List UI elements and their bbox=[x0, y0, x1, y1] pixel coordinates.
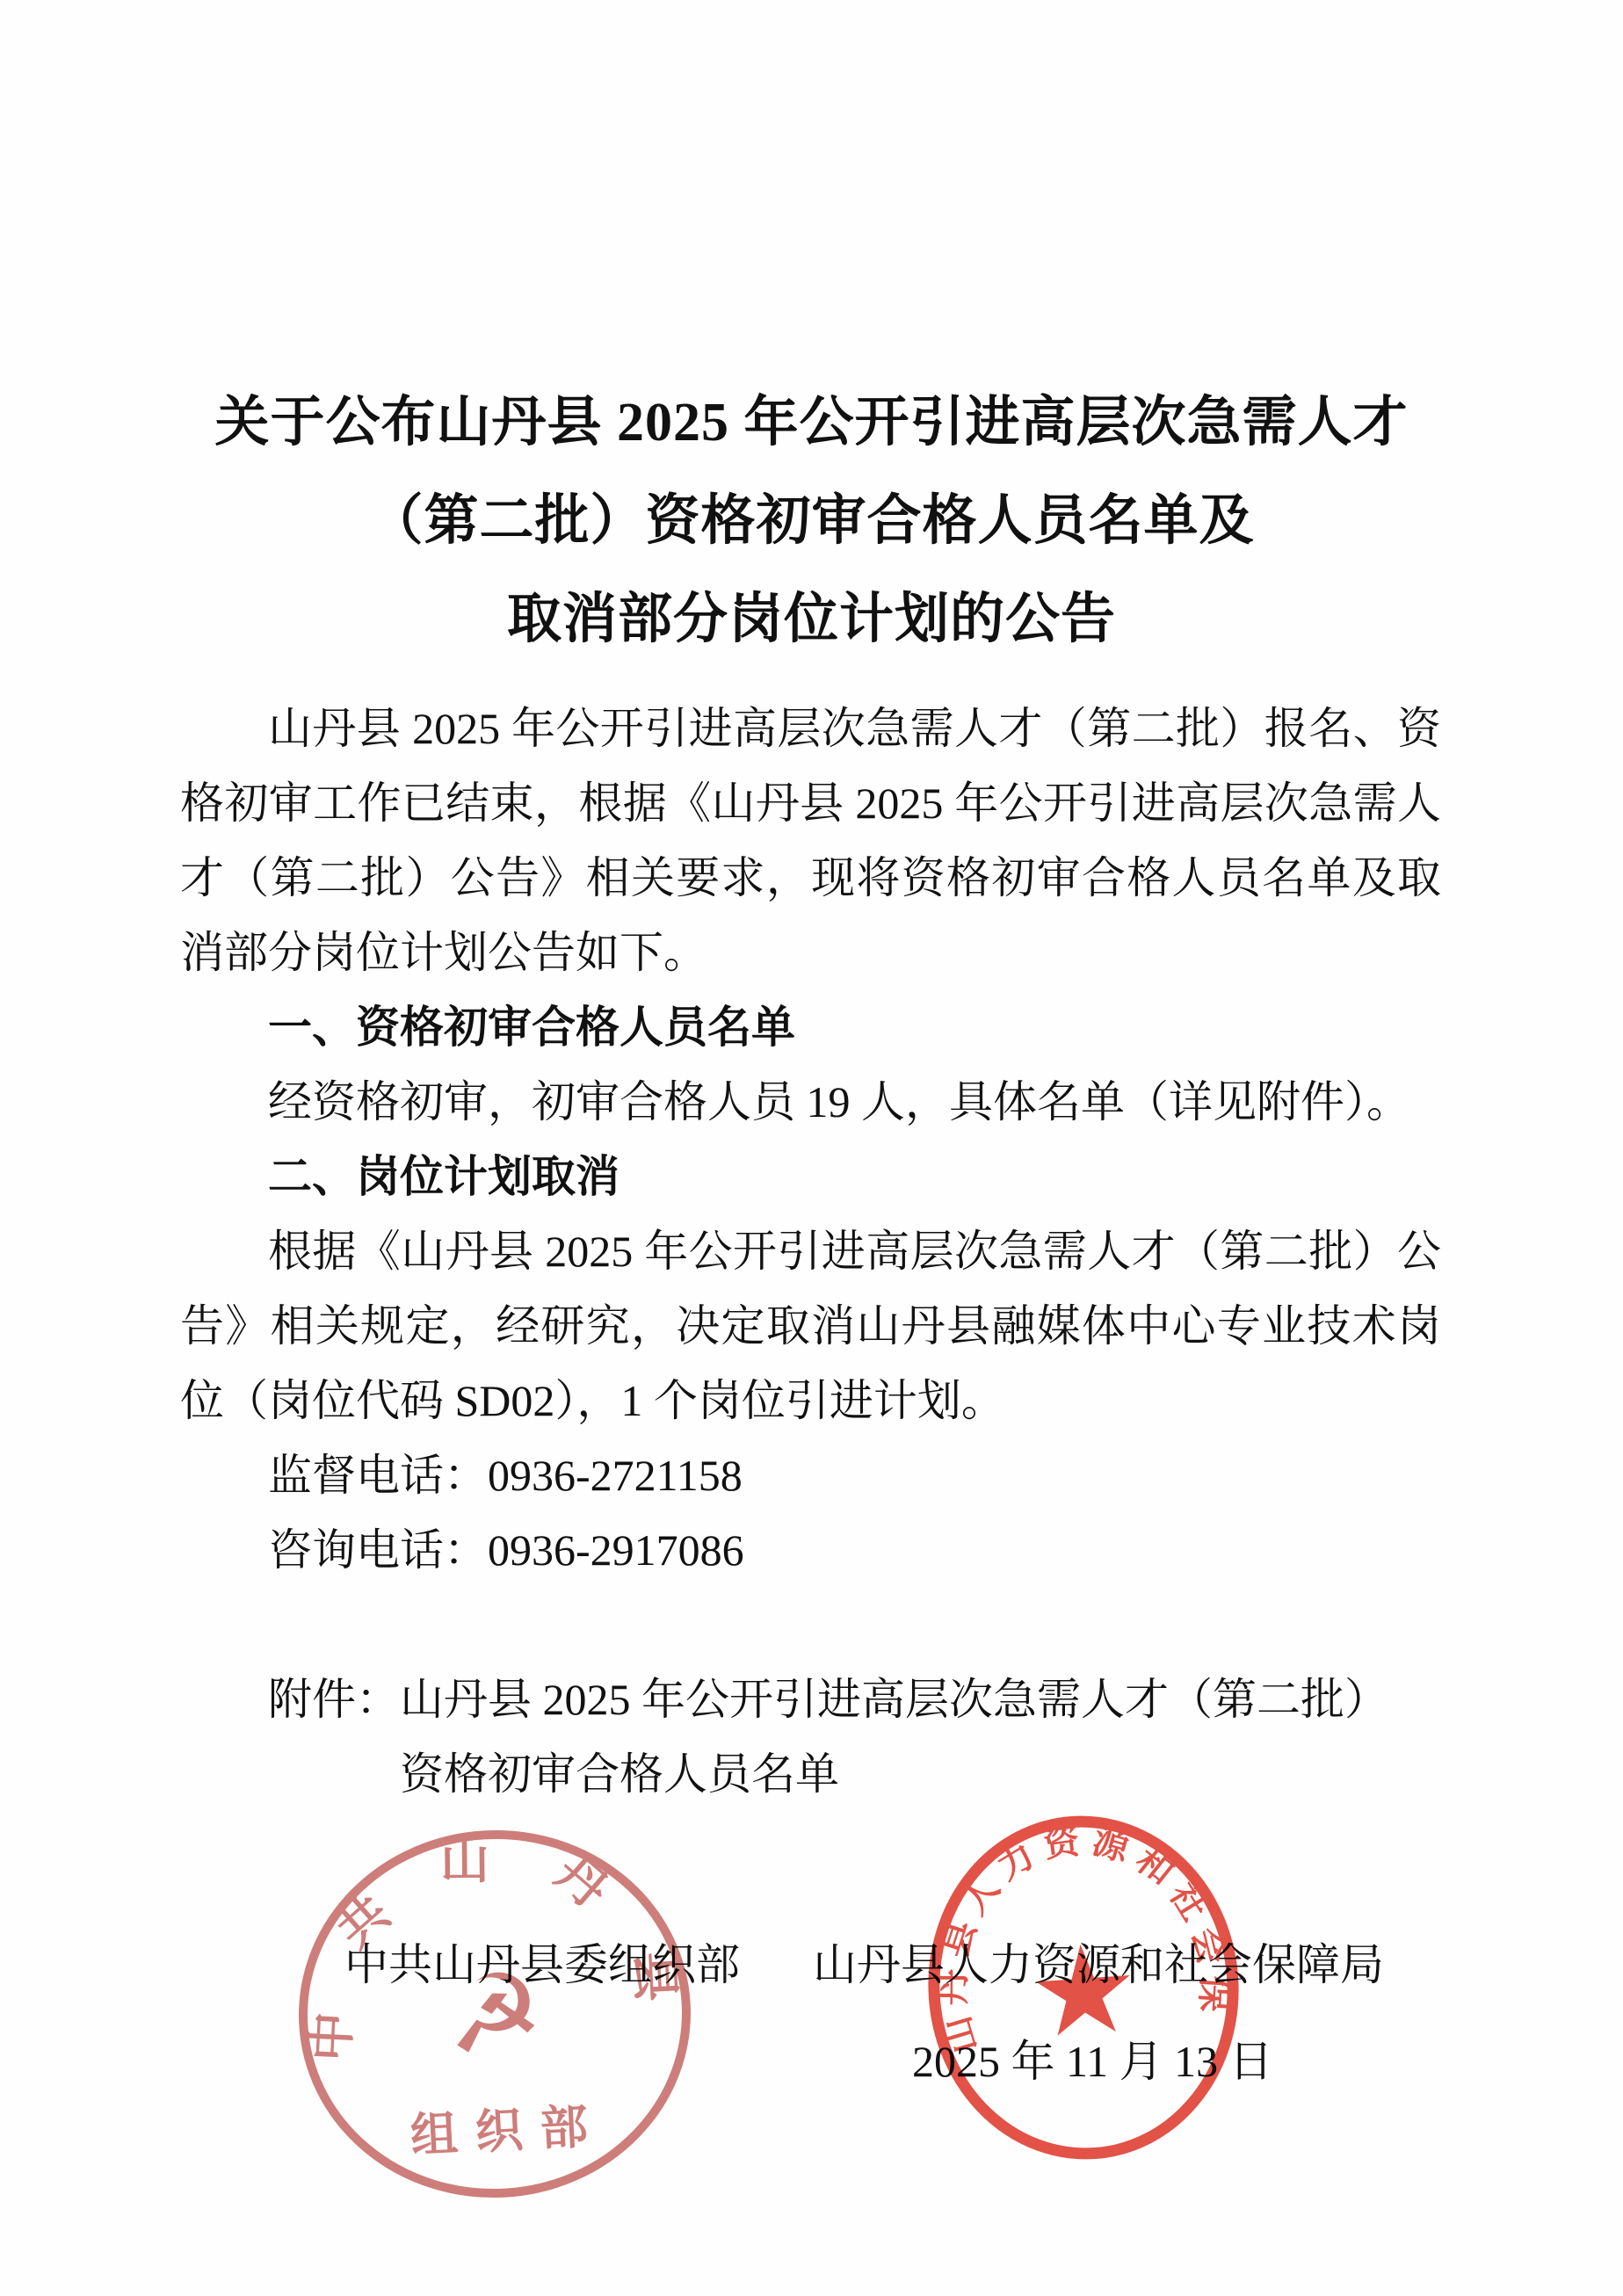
phone-inquiry-number: 0936-2917086 bbox=[488, 1525, 744, 1575]
document-title: 关于公布山丹县 2025 年公开引进高层次急需人才 （第二批）资格初审合格人员名… bbox=[132, 373, 1491, 669]
signature-date: 2025 年 11 月 13 日 bbox=[912, 2026, 1273, 2090]
phone-supervision-label: 监督电话： bbox=[268, 1451, 488, 1500]
seal-border-ring bbox=[294, 1825, 696, 2203]
party-committee-organization-dept-seal: 中共山丹县委 ☭ 组织部 bbox=[279, 1810, 711, 2218]
title-line-3: 取消部分岗位计划的公告 bbox=[132, 570, 1491, 669]
paragraph-intro: 山丹县 2025 年公开引进高层次急需人才（第二批）报名、资格初审工作已结束，根… bbox=[180, 692, 1441, 990]
phone-supervision-line: 监督电话：0936-2721158 bbox=[180, 1438, 1441, 1513]
attachment-block: 附件：山丹县 2025 年公开引进高层次急需人才（第二批） 资格初审合格人员名单 bbox=[180, 1662, 1441, 1812]
title-line-2: （第二批）资格初审合格人员名单及 bbox=[132, 472, 1491, 570]
attachment-label: 附件： bbox=[268, 1675, 400, 1724]
phone-inquiry-label: 咨询电话： bbox=[268, 1525, 488, 1575]
phone-inquiry-line: 咨询电话：0936-2917086 bbox=[180, 1513, 1441, 1588]
document-body: 山丹县 2025 年公开引进高层次急需人才（第二批）报名、资格初审工作已结束，根… bbox=[180, 692, 1441, 1812]
seal-bottom-text: 组织部 bbox=[409, 2098, 606, 2164]
attachment-line-1: 附件：山丹县 2025 年公开引进高层次急需人才（第二批） bbox=[268, 1662, 1441, 1737]
signature-org-party-committee: 中共山丹县委组织部 bbox=[344, 1930, 740, 1993]
attachment-title-part1: 山丹县 2025 年公开引进高层次急需人才（第二批） bbox=[400, 1675, 1388, 1724]
title-line-1: 关于公布山丹县 2025 年公开引进高层次急需人才 bbox=[132, 373, 1491, 472]
attachment-title-part2: 资格初审合格人员名单 bbox=[400, 1737, 1441, 1812]
document-page: 关于公布山丹县 2025 年公开引进高层次急需人才 （第二批）资格初审合格人员名… bbox=[0, 0, 1623, 2296]
phone-supervision-number: 0936-2721158 bbox=[488, 1451, 743, 1500]
signature-org-hr-bureau: 山丹县人力资源和社会保障局 bbox=[813, 1930, 1384, 1993]
paragraph-position-cancel: 根据《山丹县 2025 年公开引进高层次急需人才（第二批）公告》相关规定，经研究… bbox=[180, 1214, 1441, 1438]
paragraph-qualified-count: 经资格初审，初审合格人员 19 人，具体名单（详见附件）。 bbox=[180, 1065, 1441, 1140]
section-heading-qualified-list: 一、资格初审合格人员名单 bbox=[180, 990, 1441, 1065]
section-heading-position-cancel: 二、岗位计划取消 bbox=[180, 1140, 1441, 1214]
